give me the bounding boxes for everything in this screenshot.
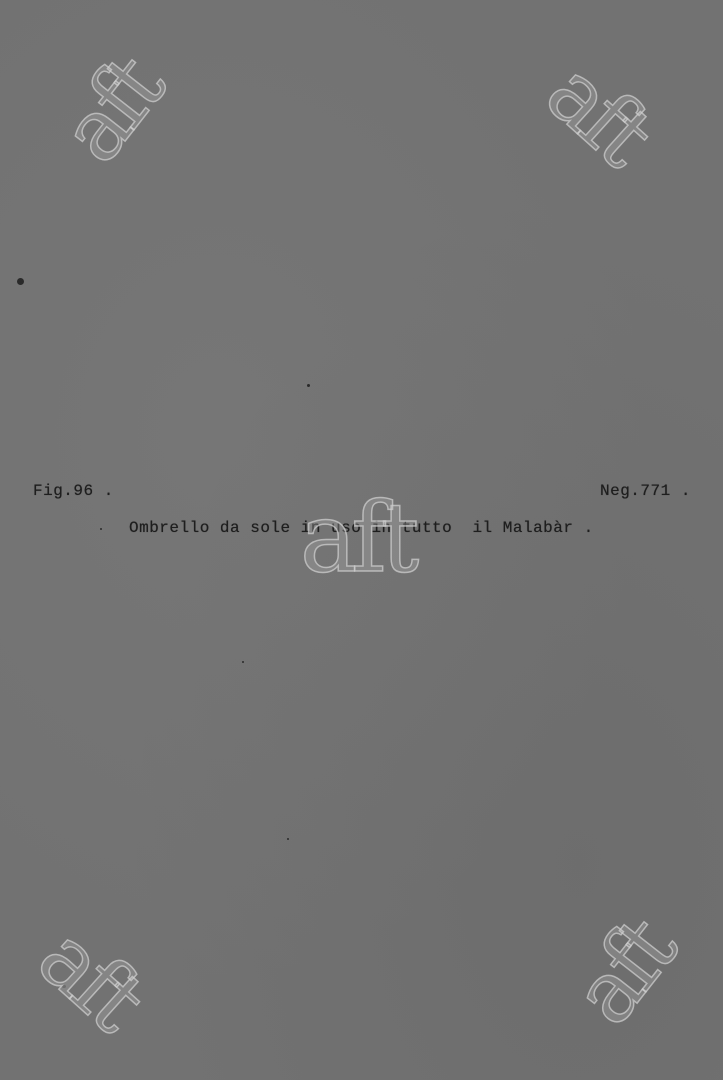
scanned-page: Fig.96 . Neg.771 . Ombrello da sole in u… xyxy=(0,0,723,1080)
watermark-logo: aft xyxy=(24,913,156,1044)
ink-speck xyxy=(242,661,244,663)
ink-speck xyxy=(287,838,289,840)
watermark-logo: aft xyxy=(47,45,176,176)
watermark-logo: aft xyxy=(532,48,664,179)
watermark-logo: aft xyxy=(559,907,688,1038)
ink-speck xyxy=(17,278,24,285)
negative-number: Neg.771 . xyxy=(600,482,691,500)
ink-speck xyxy=(307,384,310,387)
figure-number: Fig.96 . xyxy=(33,482,114,500)
watermark-logo: aft xyxy=(300,490,413,586)
ink-speck xyxy=(100,528,102,530)
